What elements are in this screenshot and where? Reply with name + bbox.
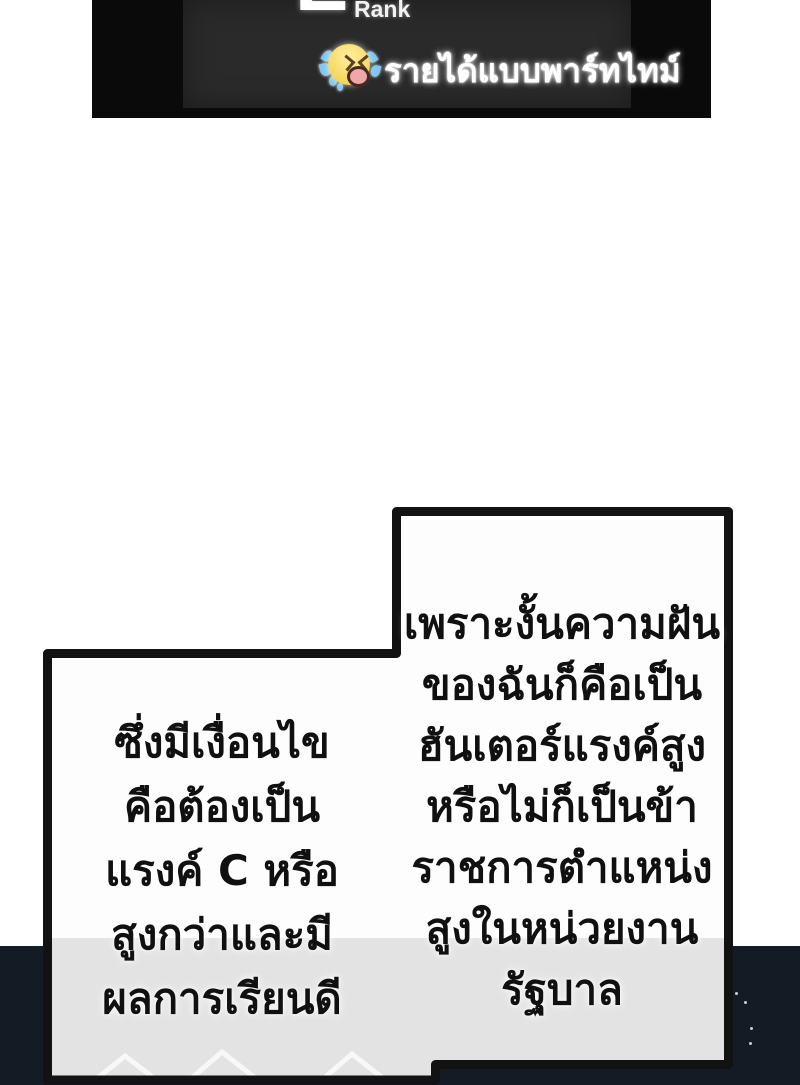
speech-line: สูงในหน่วยงาน <box>400 898 724 959</box>
speech-line: ผลการเรียนดี <box>55 967 389 1031</box>
comic-page: { "page": { "background_top_color": "#ff… <box>0 0 800 1085</box>
speech-bubble-right: เพราะงั้นความฝัน ของฉันก็คือเป็น ฮันเตอร… <box>400 593 724 1020</box>
speech-line: ซึ่งมีเงื่อนไข <box>55 711 389 775</box>
speech-line: รัฐบาล <box>400 959 724 1020</box>
speech-line: หรือไม่ก็เป็นข้า <box>400 776 724 837</box>
speech-line: เพราะงั้นความฝัน <box>400 593 724 654</box>
speech-line: ของฉันก็คือเป็น <box>400 654 724 715</box>
speech-line: แรงค์ C หรือ <box>55 839 389 903</box>
speech-line: ราชการตำแหน่ง <box>400 837 724 898</box>
speech-line: คือต้องเป็น <box>55 775 389 839</box>
speech-line: ฮันเตอร์แรงค์สูง <box>400 715 724 776</box>
speech-bubble-left: ซึ่งมีเงื่อนไข คือต้องเป็น แรงค์ C หรือ … <box>55 711 389 1031</box>
speech-line: สูงกว่าและมี <box>55 903 389 967</box>
